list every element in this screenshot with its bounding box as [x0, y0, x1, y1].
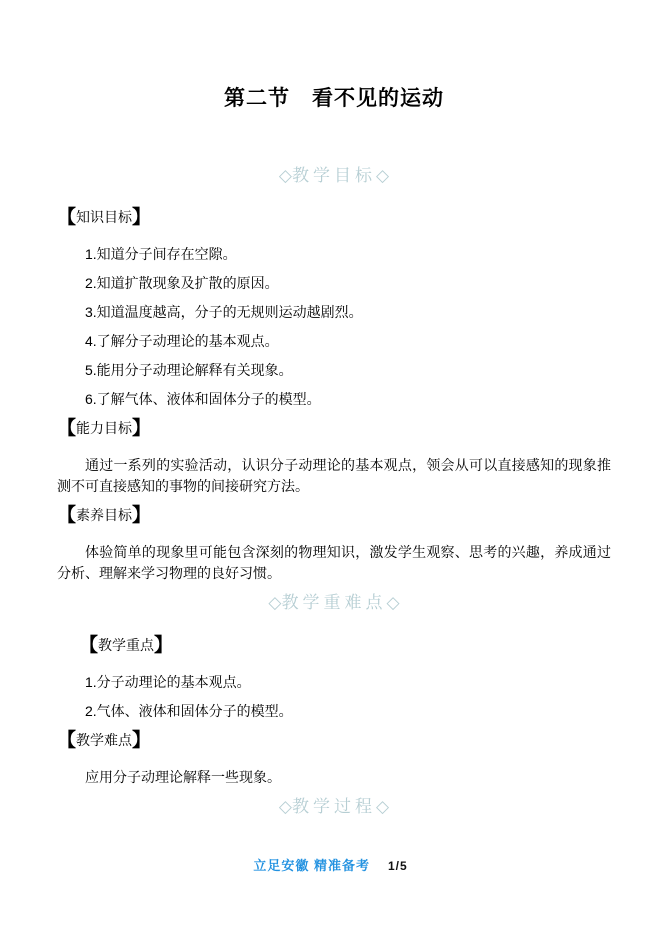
knowledge-item: 1.知道分子间存在空隙。: [57, 244, 611, 265]
document-page: 第二节 看不见的运动 ◇教学目标◇ 【知识目标】 1.知道分子间存在空隙。 2.…: [0, 0, 661, 935]
knowledge-objectives-label: 知识目标: [76, 209, 132, 225]
key-point-item: 2.气体、液体和固体分子的模型。: [57, 701, 611, 722]
open-bracket: 【: [57, 418, 76, 439]
diamond-icon: ◇: [376, 166, 389, 185]
document-content: 第二节 看不见的运动 ◇教学目标◇ 【知识目标】 1.知道分子间存在空隙。 2.…: [0, 0, 661, 818]
open-bracket: 【: [57, 207, 76, 228]
open-bracket: 【: [57, 505, 76, 526]
difficult-points-heading: 【教学难点】: [57, 730, 611, 751]
key-points-label: 教学重点: [98, 637, 154, 653]
close-bracket: 】: [132, 505, 151, 526]
footer-slogan: 立足安徽 精准备考: [253, 855, 370, 874]
knowledge-item: 5.能用分子动理论解释有关现象。: [57, 360, 611, 381]
close-bracket: 】: [132, 730, 151, 751]
ability-objectives-heading: 【能力目标】: [57, 418, 611, 439]
section-heading-process-label: 教学过程: [292, 797, 376, 816]
close-bracket: 】: [132, 207, 151, 228]
page-number: 1/5: [388, 859, 408, 873]
section-heading-process: ◇教学过程◇: [57, 796, 611, 818]
section-heading-key-difficulties: ◇教学重难点◇: [57, 592, 611, 614]
knowledge-item: 3.知道温度越高，分子的无规则运动越剧烈。: [57, 302, 611, 323]
diamond-icon: ◇: [387, 593, 400, 612]
diamond-icon: ◇: [268, 593, 281, 612]
page-title: 第二节 看不见的运动: [57, 0, 611, 112]
open-bracket: 【: [79, 635, 98, 656]
diamond-icon: ◇: [279, 797, 292, 816]
ability-objectives-text: 通过一系列的实验活动，认识分子动理论的基本观点，领会从可以直接感知的现象推测不可…: [57, 455, 611, 497]
key-point-item: 1.分子动理论的基本观点。: [57, 672, 611, 693]
difficult-points-label: 教学难点: [76, 732, 132, 748]
section-heading-objectives: ◇教学目标◇: [57, 165, 611, 187]
literacy-objectives-label: 素养目标: [76, 507, 132, 523]
close-bracket: 】: [154, 635, 173, 656]
literacy-objectives-heading: 【素养目标】: [57, 505, 611, 526]
close-bracket: 】: [132, 418, 151, 439]
diamond-icon: ◇: [376, 797, 389, 816]
difficult-points-text: 应用分子动理论解释一些现象。: [57, 767, 611, 788]
section-heading-objectives-label: 教学目标: [292, 166, 376, 185]
open-bracket: 【: [57, 730, 76, 751]
knowledge-item: 6.了解气体、液体和固体分子的模型。: [57, 389, 611, 410]
knowledge-item: 2.知道扩散现象及扩散的原因。: [57, 273, 611, 294]
literacy-objectives-text: 体验简单的现象里可能包含深刻的物理知识，激发学生观察、思考的兴趣，养成通过分析、…: [57, 542, 611, 584]
page-footer: 立足安徽 精准备考 1/5: [0, 855, 661, 874]
diamond-icon: ◇: [279, 166, 292, 185]
ability-objectives-label: 能力目标: [76, 420, 132, 436]
key-points-heading: 【教学重点】: [57, 635, 611, 656]
knowledge-objectives-heading: 【知识目标】: [57, 207, 611, 228]
knowledge-item: 4.了解分子动理论的基本观点。: [57, 331, 611, 352]
section-heading-key-difficulties-label: 教学重难点: [282, 593, 387, 612]
